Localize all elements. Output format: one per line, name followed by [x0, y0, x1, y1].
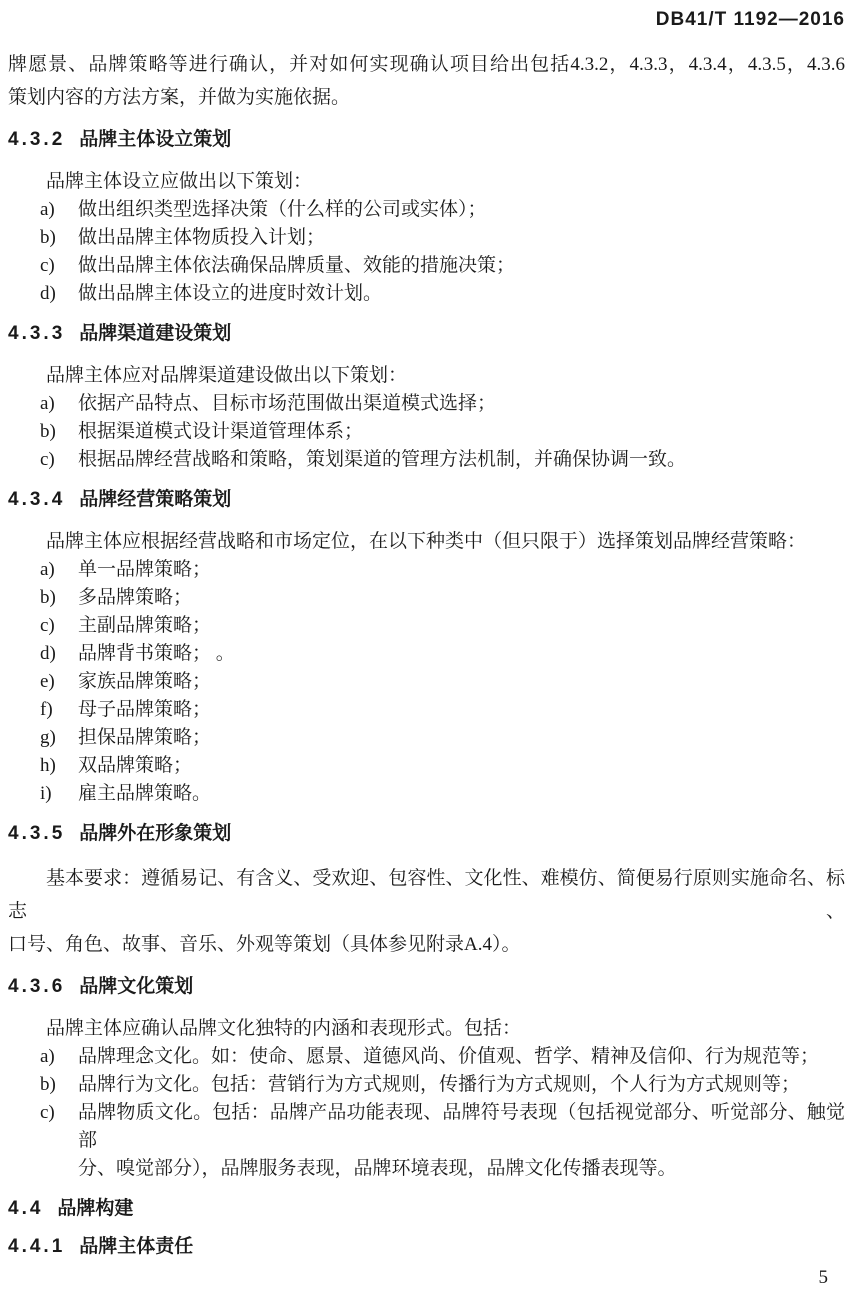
list-item-text: 做出品牌主体物质投入计划；	[78, 224, 845, 252]
section-heading: 4.3.5品牌外在形象策划	[8, 822, 845, 846]
section-title: 品牌构建	[57, 1198, 133, 1219]
list-item: b)根据渠道模式设计渠道管理体系；	[8, 418, 845, 446]
list-item-marker: a)	[40, 196, 78, 224]
list-item: a)依据产品特点、目标市场范围做出渠道模式选择；	[8, 390, 845, 418]
section-heading: 4.3.3品牌渠道建设策划	[8, 322, 845, 346]
list-item-marker: e)	[40, 668, 78, 696]
list-item-marker: h)	[40, 752, 78, 780]
list-item-text: 雇主品牌策略。	[78, 780, 845, 808]
list-item-marker: b)	[40, 418, 78, 446]
list-item: f)母子品牌策略；	[8, 696, 845, 724]
section-title: 品牌主体设立策划	[79, 129, 231, 150]
paragraph: 品牌主体应对品牌渠道建设做出以下策划：	[8, 362, 845, 390]
list-item-marker: c)	[40, 446, 78, 474]
list-item-marker: c)	[40, 612, 78, 640]
page-number: 5	[819, 1268, 829, 1288]
list-item-text: 做出品牌主体设立的进度时效计划。	[78, 280, 845, 308]
section-number: 4.3.4	[8, 489, 65, 510]
section-heading: 4.4品牌构建	[8, 1197, 845, 1221]
list-item: g)担保品牌策略；	[8, 724, 845, 752]
paragraph: 牌愿景、品牌策略等进行确认，并对如何实现确认项目给出包括4.3.2，4.3.3，…	[8, 48, 845, 114]
paragraph: 品牌主体应根据经营战略和市场定位，在以下种类中（但只限于）选择策划品牌经营策略：	[8, 528, 845, 556]
list-item: a)单一品牌策略；	[8, 556, 845, 584]
list-item-text: 做出组织类型选择决策（什么样的公司或实体）；	[78, 196, 845, 224]
section-title: 品牌渠道建设策划	[79, 323, 231, 344]
paragraph-line: 牌愿景、品牌策略等进行确认，并对如何实现确认项目给出包括4.3.2，4.3.3，…	[8, 48, 845, 81]
list-item: b)多品牌策略；	[8, 584, 845, 612]
list-item: i)雇主品牌策略。	[8, 780, 845, 808]
list-item-text: 根据品牌经营战略和策略，策划渠道的管理方法机制，并确保协调一致。	[78, 446, 845, 474]
list-item: c)品牌物质文化。包括：品牌产品功能表现、品牌符号表现（包括视觉部分、听觉部分、…	[8, 1099, 845, 1183]
list-item-marker: a)	[40, 1043, 78, 1071]
paragraph-line: 基本要求：遵循易记、有含义、受欢迎、包容性、文化性、难模仿、简便易行原则实施命名…	[8, 862, 845, 928]
section-title: 品牌外在形象策划	[79, 823, 231, 844]
section-title: 品牌经营策略策划	[79, 489, 231, 510]
paragraph: 品牌主体设立应做出以下策划：	[8, 168, 845, 196]
list-item-text: 双品牌策略；	[78, 752, 845, 780]
list-item: b)品牌行为文化。包括：营销行为方式规则，传播行为方式规则，个人行为方式规则等；	[8, 1071, 845, 1099]
list-item: h)双品牌策略；	[8, 752, 845, 780]
list-item-text: 依据产品特点、目标市场范围做出渠道模式选择；	[78, 390, 845, 418]
list-item: e)家族品牌策略；	[8, 668, 845, 696]
list-item-marker: f)	[40, 696, 78, 724]
paragraph: 基本要求：遵循易记、有含义、受欢迎、包容性、文化性、难模仿、简便易行原则实施命名…	[8, 862, 845, 961]
list-item: c)主副品牌策略；	[8, 612, 845, 640]
standard-number-header: DB41/T 1192—2016	[8, 8, 845, 32]
list-item-text: 母子品牌策略；	[78, 696, 845, 724]
list-item-text: 主副品牌策略；	[78, 612, 845, 640]
list-item: d)品牌背书策略； 。	[8, 640, 845, 668]
list-item-text: 品牌背书策略； 。	[78, 640, 845, 668]
list-item: c)根据品牌经营战略和策略，策划渠道的管理方法机制，并确保协调一致。	[8, 446, 845, 474]
section-number: 4.3.3	[8, 323, 65, 344]
list-item: c)做出品牌主体依法确保品牌质量、效能的措施决策；	[8, 252, 845, 280]
list-item-marker: c)	[40, 1099, 78, 1183]
paragraph: 品牌主体应确认品牌文化独特的内涵和表现形式。包括：	[8, 1015, 845, 1043]
list-item: d)做出品牌主体设立的进度时效计划。	[8, 280, 845, 308]
section-heading: 4.3.4品牌经营策略策划	[8, 488, 845, 512]
document-body: 牌愿景、品牌策略等进行确认，并对如何实现确认项目给出包括4.3.2，4.3.3，…	[8, 48, 845, 1259]
section-title: 品牌文化策划	[79, 976, 193, 997]
list-item-text: 根据渠道模式设计渠道管理体系；	[78, 418, 845, 446]
list-item-text: 单一品牌策略；	[78, 556, 845, 584]
list-item-text: 担保品牌策略；	[78, 724, 845, 752]
list-item-text: 品牌行为文化。包括：营销行为方式规则，传播行为方式规则，个人行为方式规则等；	[78, 1071, 845, 1099]
list-item-marker: b)	[40, 224, 78, 252]
paragraph-line: 口号、角色、故事、音乐、外观等策划（具体参见附录A.4）。	[8, 928, 845, 961]
list-item-text: 品牌理念文化。如：使命、愿景、道德风尚、价值观、哲学、精神及信仰、行为规范等；	[78, 1043, 845, 1071]
section-number: 4.3.5	[8, 823, 65, 844]
list-item-marker: d)	[40, 640, 78, 668]
section-heading: 4.4.1品牌主体责任	[8, 1235, 845, 1259]
list-item-marker: i)	[40, 780, 78, 808]
list-item-marker: a)	[40, 390, 78, 418]
list-item: a)做出组织类型选择决策（什么样的公司或实体）；	[8, 196, 845, 224]
section-heading: 4.3.6品牌文化策划	[8, 975, 845, 999]
section-number: 4.4	[8, 1198, 43, 1219]
paragraph-line: 策划内容的方法方案，并做为实施依据。	[8, 81, 845, 114]
section-title: 品牌主体责任	[79, 1236, 193, 1257]
list-item-marker: g)	[40, 724, 78, 752]
list-item: b)做出品牌主体物质投入计划；	[8, 224, 845, 252]
list-item: a)品牌理念文化。如：使命、愿景、道德风尚、价值观、哲学、精神及信仰、行为规范等…	[8, 1043, 845, 1071]
list-item-marker: b)	[40, 1071, 78, 1099]
list-item-marker: c)	[40, 252, 78, 280]
list-item-marker: b)	[40, 584, 78, 612]
document-page: DB41/T 1192—2016 牌愿景、品牌策略等进行确认，并对如何实现确认项…	[0, 0, 860, 1293]
list-item-text: 品牌物质文化。包括：品牌产品功能表现、品牌符号表现（包括视觉部分、听觉部分、触觉…	[78, 1099, 845, 1183]
list-item-marker: d)	[40, 280, 78, 308]
section-number: 4.3.6	[8, 976, 65, 997]
section-number: 4.3.2	[8, 129, 65, 150]
section-heading: 4.3.2品牌主体设立策划	[8, 128, 845, 152]
list-item-text: 多品牌策略；	[78, 584, 845, 612]
list-item-marker: a)	[40, 556, 78, 584]
list-item-text: 做出品牌主体依法确保品牌质量、效能的措施决策；	[78, 252, 845, 280]
section-number: 4.4.1	[8, 1236, 65, 1257]
list-item-text: 家族品牌策略；	[78, 668, 845, 696]
